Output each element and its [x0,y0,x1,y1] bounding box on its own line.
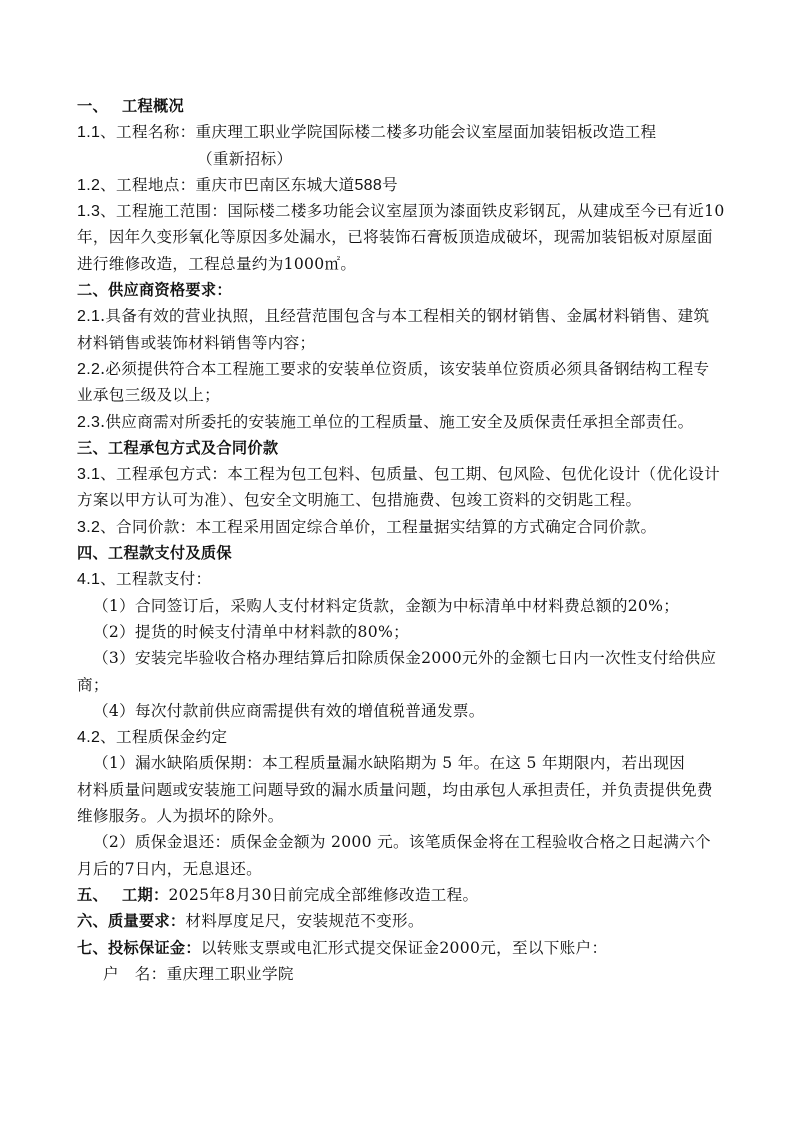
heading-number: 五、 [77,886,108,904]
item-text: 、工程承包方式：本工程为包工包料、包质量、包工期、包风险、包优化设计（优化设计 [100,465,720,483]
heading-text: 工期： [122,886,168,904]
item-2-1-line-2: 材料销售或装饰材料销售等内容； [77,330,720,356]
item-1-1: 1.1、工程名称：重庆理工职业学院国际楼二楼多功能会议室屋面加装铝板改造工程 [77,119,720,145]
heading-text: 工程概况 [122,97,184,115]
item-3-2: 3.2、合同价款：本工程采用固定综合单价，工程量据实结算的方式确定合同价款。 [77,514,720,540]
item-number: 3.1 [77,466,100,483]
section-7-deposit: 七、投标保证金：以转账支票或电汇形式提交保证金2000元，至以下账户： [77,935,720,961]
item-label: 、工程质保金约定 [100,728,227,746]
item-3-1: 3.1、工程承包方式：本工程为包工包料、包质量、包工期、包风险、包优化设计（优化… [77,461,720,487]
account-label: 户 名： [103,965,167,983]
document-page: 一、工程概况 1.1、工程名称：重庆理工职业学院国际楼二楼多功能会议室屋面加装铝… [77,93,720,987]
item-label: 、工程地点： [100,176,195,194]
item-number: 2.3 [77,414,100,431]
item-4-1: 4.1、工程款支付： [77,566,720,592]
item-number: 2.2 [77,361,100,378]
payment-2: （2）提货的时候支付清单中材料款的80%； [77,619,720,645]
scope-text: 国际楼二楼多功能会议室屋顶为漆面铁皮彩钢瓦，从建成至今已有近10 [227,202,724,220]
warranty-1-line-3: 维修服务。人为损坏的除外。 [77,803,720,829]
item-1-3-line-2: 年，因年久变形氧化等原因多处漏水，已将装饰石膏板顶造成破坏，现需加装铝板对原屋面 [77,224,720,250]
item-label: 、工程名称： [100,123,195,141]
item-text: .供应商需对所委托的安装施工单位的工程质量、施工安全及质保责任承担全部责任。 [100,413,693,431]
warranty-2-line-2: 月后的7日内，无息退还。 [77,856,720,882]
heading-number: 一、 [77,97,108,115]
account-name-line: 户 名：重庆理工职业学院 [77,961,720,987]
section-body: 材料厚度足尺，安装规范不变形。 [185,912,423,930]
item-number: 1.1 [77,124,100,141]
warranty-1-line-2: 材料质量问题或安装施工问题导致的漏水质量问题，均由承包人承担责任，并负责提供免费 [77,777,720,803]
section-body: 2025年8月30日前完成全部维修改造工程。 [168,886,478,904]
payment-3-continuation: 商； [77,672,720,698]
payment-3: （3）安装完毕验收合格办理结算后扣除质保金2000元外的金额七日内一次性支付给供… [77,645,720,671]
item-1-3: 1.3、工程施工范围：国际楼二楼多功能会议室屋顶为漆面铁皮彩钢瓦，从建成至今已有… [77,198,720,224]
item-number: 4.1 [77,571,100,588]
heading-text: 六、质量要求： [77,912,185,930]
item-text: 、合同价款：本工程采用固定综合单价，工程量据实结算的方式确定合同价款。 [100,518,656,536]
item-2-1: 2.1.具备有效的营业执照，且经营范围包含与本工程相关的钢材销售、金属材料销售、… [77,303,720,329]
item-1-3-line-3: 进行维修改造，工程总量约为1000㎡。 [77,251,720,277]
item-number: 4.2 [77,729,100,746]
item-number: 1.2 [77,177,100,194]
section-heading-3: 三、工程承包方式及合同价款 [77,435,720,461]
section-6-quality: 六、质量要求：材料厚度足尺，安装规范不变形。 [77,908,720,934]
account-value: 重庆理工职业学院 [167,965,294,983]
section-body: 以转账支票或电汇形式提交保证金2000元，至以下账户： [201,939,607,957]
item-number: 3.2 [77,519,100,536]
section-heading-1: 一、工程概况 [77,93,720,119]
item-3-1-line-2: 方案以甲方认可为准）、包安全文明施工、包措施费、包竣工资料的交钥匙工程。 [77,487,720,513]
project-name-continuation: （重新招标） [77,146,720,172]
heading-text: 七、投标保证金： [77,939,201,957]
section-heading-2: 二、供应商资格要求： [77,277,720,303]
item-2-2: 2.2.必须提供符合本工程施工要求的安装单位资质，该安装单位资质必须具备钢结构工… [77,356,720,382]
item-number: 2.1 [77,308,100,325]
warranty-2: （2）质保金退还：质保金金额为 2000 元。该笔质保金将在工程验收合格之日起满… [77,829,720,855]
item-number: 1.3 [77,203,100,220]
item-label: 、工程施工范围： [100,202,227,220]
section-heading-4: 四、工程款支付及质保 [77,540,720,566]
warranty-1: （1）漏水缺陷质保期：本工程质量漏水缺陷期为 5 年。在这 5 年期限内，若出现… [77,750,720,776]
project-address: 重庆市巴南区东城大道 [196,176,355,194]
item-2-2-line-2: 业承包三级及以上； [77,382,720,408]
item-2-3: 2.3.供应商需对所委托的安装施工单位的工程质量、施工安全及质保责任承担全部责任… [77,409,720,435]
item-text: .具备有效的营业执照，且经营范围包含与本工程相关的钢材销售、金属材料销售、建筑 [100,307,709,325]
item-text: .必须提供符合本工程施工要求的安装单位资质，该安装单位资质必须具备钢结构工程专 [100,360,709,378]
section-5-schedule: 五、工期：2025年8月30日前完成全部维修改造工程。 [77,882,720,908]
payment-4: （4）每次付款前供应商需提供有效的增值税普通发票。 [77,698,720,724]
item-1-2: 1.2、工程地点：重庆市巴南区东城大道588号 [77,172,720,198]
payment-1: （1）合同签订后，采购人支付材料定货款，金额为中标清单中材料费总额的20%； [77,593,720,619]
item-4-2: 4.2、工程质保金约定 [77,724,720,750]
address-suffix: 号 [382,176,398,194]
item-label: 、工程款支付： [100,570,211,588]
project-name: 重庆理工职业学院国际楼二楼多功能会议室屋面加装铝板改造工程 [196,123,657,141]
address-number: 588 [354,177,382,194]
